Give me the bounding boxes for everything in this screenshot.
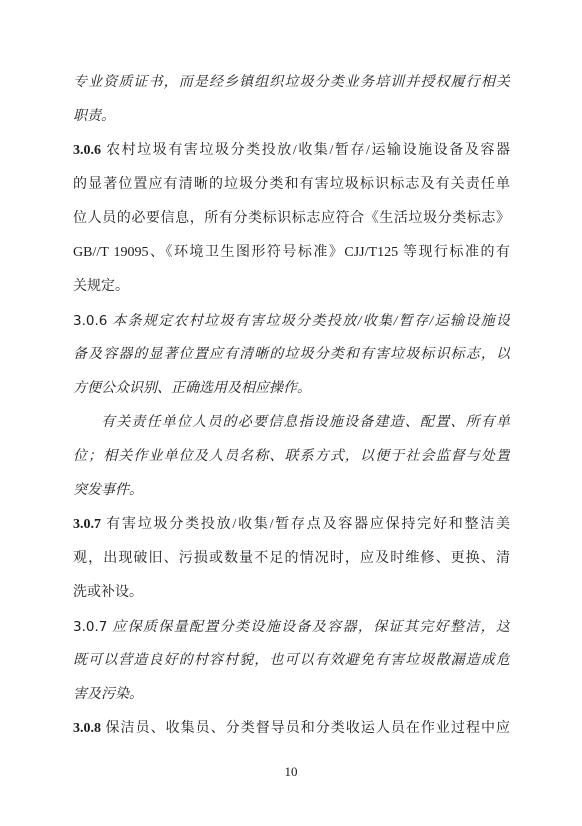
text-line: 方便公众识别、正确选用及相应操作。 <box>73 372 510 406</box>
text-line: 突发事件。 <box>73 474 510 508</box>
text-line: GB//T 19095、《环境卫生图形符号标准》CJJ/T125 等现行标准的有 <box>73 236 510 270</box>
text-line: 观，出现破旧、污损或数量不足的情况时，应及时维修、更换、清 <box>73 542 510 576</box>
text-line: 洗或补设。 <box>73 576 510 610</box>
text-line-content: 有害垃圾分类投放/收集/暂存点及容器应保持完好和整洁美 <box>106 517 510 532</box>
text-line: 位；相关作业单位及人员名称、联系方式，以便于社会监督与处置 <box>73 440 510 474</box>
text-line: 关规定。 <box>73 270 510 304</box>
commentary-paragraph: 3.0.6 本条规定农村垃圾有害垃圾分类投放/收集/暂存/运输设施设备及容器的显… <box>73 304 510 406</box>
text-line: 位人员的必要信息，所有分类标识标志应符合《生活垃圾分类标志》 <box>73 202 510 236</box>
text-line: 专业资质证书，而是经乡镇组织垃圾分类业务培训并授权履行相关 <box>73 66 510 100</box>
commentary-paragraph: 专业资质证书，而是经乡镇组织垃圾分类业务培训并授权履行相关职责。 <box>73 66 510 134</box>
text-line: 害及污染。 <box>73 678 510 712</box>
text-line: 备及容器的显著位置应有清晰的垃圾分类和有害垃圾标识标志，以 <box>73 338 510 372</box>
clause-number: 3.0.7 <box>73 517 101 532</box>
text-line-content: 应保质保量配置分类设施设备及容器，保证其完好整洁，这 <box>112 620 510 635</box>
text-line: 3.0.8 保洁员、收集员、分类督导员和分类收运人员在作业过程中应 <box>73 712 510 746</box>
text-line: 的显著位置应有清晰的垃圾分类和有害垃圾标识标志及有关责任单 <box>73 168 510 202</box>
page-number: 10 <box>0 762 582 782</box>
text-line-content: 农村垃圾有害垃圾分类投放/收集/暂存/运输设施设备及容器 <box>106 143 510 158</box>
text-line: 既可以营造良好的村容村貌，也可以有效避免有害垃圾散漏造成危 <box>73 644 510 678</box>
document-page: 专业资质证书，而是经乡镇组织垃圾分类业务培训并授权履行相关职责。3.0.6 农村… <box>0 0 582 826</box>
text-line: 3.0.6 本条规定农村垃圾有害垃圾分类投放/收集/暂存/运输设施设 <box>73 304 510 338</box>
clause-number: 3.0.6 <box>73 143 101 158</box>
text-line: 3.0.7 应保质保量配置分类设施设备及容器，保证其完好整洁，这 <box>73 610 510 644</box>
text-body: 专业资质证书，而是经乡镇组织垃圾分类业务培训并授权履行相关职责。3.0.6 农村… <box>73 66 510 746</box>
text-line: 职责。 <box>73 100 510 134</box>
clause-number: 3.0.8 <box>73 721 101 736</box>
text-line: 3.0.6 农村垃圾有害垃圾分类投放/收集/暂存/运输设施设备及容器 <box>73 134 510 168</box>
commentary-paragraph: 3.0.7 应保质保量配置分类设施设备及容器，保证其完好整洁，这既可以营造良好的… <box>73 610 510 712</box>
clause-paragraph: 3.0.7 有害垃圾分类投放/收集/暂存点及容器应保持完好和整洁美观，出现破旧、… <box>73 508 510 610</box>
commentary-paragraph: 有关责任单位人员的必要信息指设施设备建造、配置、所有单位；相关作业单位及人员名称… <box>73 406 510 508</box>
clause-paragraph: 3.0.8 保洁员、收集员、分类督导员和分类收运人员在作业过程中应 <box>73 712 510 746</box>
text-line: 有关责任单位人员的必要信息指设施设备建造、配置、所有单 <box>73 406 510 440</box>
text-line-content: 保洁员、收集员、分类督导员和分类收运人员在作业过程中应 <box>106 721 510 736</box>
clause-number: 3.0.7 <box>73 619 107 635</box>
text-line-content: 本条规定农村垃圾有害垃圾分类投放/收集/暂存/运输设施设 <box>112 314 510 329</box>
clause-number: 3.0.6 <box>73 313 107 329</box>
clause-paragraph: 3.0.6 农村垃圾有害垃圾分类投放/收集/暂存/运输设施设备及容器的显著位置应… <box>73 134 510 304</box>
text-line: 3.0.7 有害垃圾分类投放/收集/暂存点及容器应保持完好和整洁美 <box>73 508 510 542</box>
